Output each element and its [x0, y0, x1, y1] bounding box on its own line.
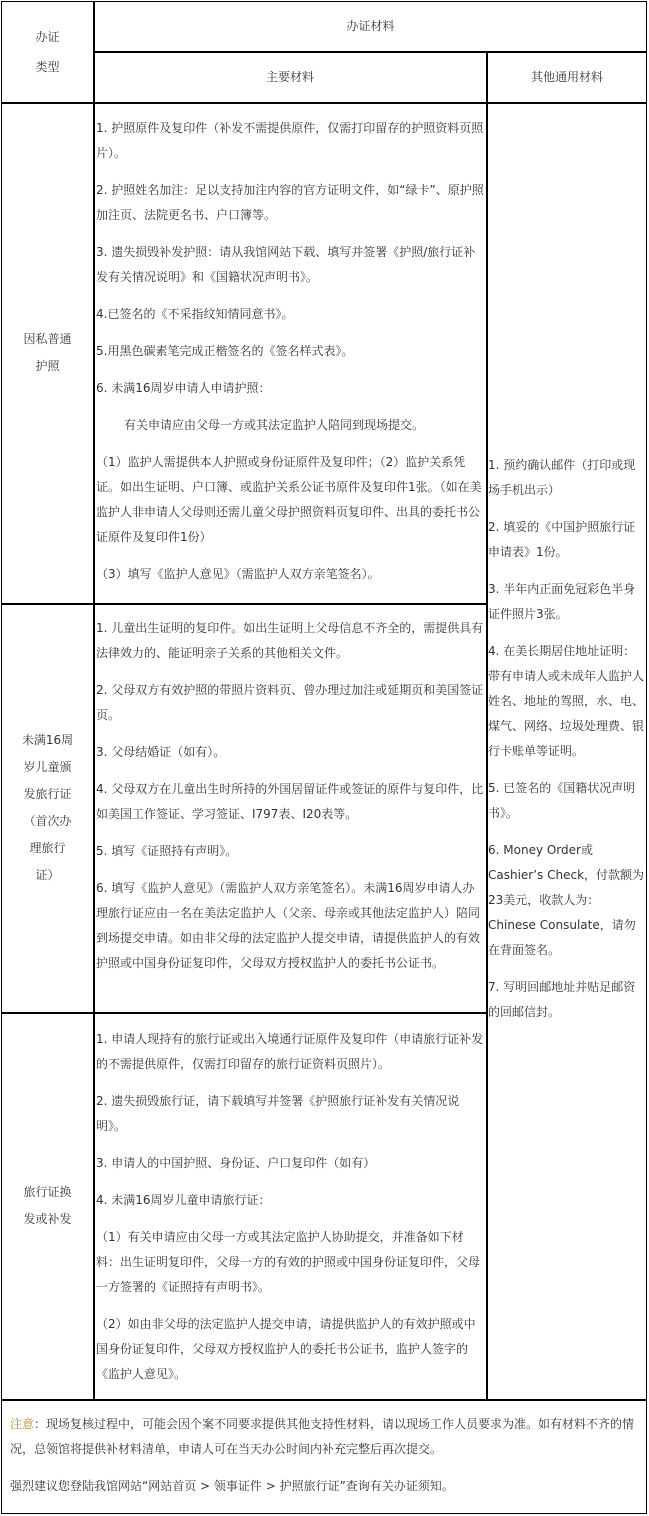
type-cell-child-travel-doc: 未满16周 岁儿童颁 发旅行证 （首次办 理旅行 证）	[1, 604, 94, 1012]
recommend-paragraph: 强烈建议您登陆我馆网站“网站首页 > 领事证件 > 护照旅行证”查询有关办证须知…	[10, 1474, 640, 1499]
list-item: （1）有关申请应由父母一方或其法定监护人协助提交，并准备如下材料：出生证明复印件…	[96, 1225, 484, 1300]
list-item: （2）如由非父母的法定监护人提交申请，请提供监护人的有效护照或中国身份证复印件，…	[96, 1312, 484, 1387]
header-main-materials: 主要材料	[266, 64, 314, 90]
type-label-line: 发或补发	[23, 1206, 71, 1233]
list-item: 4. 在美长期居住地址证明：带有申请人或未成年人监护人姓名、地址的驾照，水、电、…	[488, 639, 645, 764]
divider	[1, 1399, 647, 1401]
notes-cell: 注意：现场复核过程中，可能会因个案不同要求提供其他支持性材料，请以现场工作人员要…	[10, 1412, 640, 1499]
list-item: 4. 未满16周岁儿童申请旅行证：	[96, 1188, 484, 1213]
type-cell-travel-doc-replacement: 旅行证换 发或补发	[1, 1013, 94, 1399]
list-item: 3. 半年内正面免冠彩色半身证件照片3张。	[488, 577, 645, 627]
list-item: 1. 儿童出生证明的复印件。如出生证明上父母信息不齐全的，需提供具有法律效力的、…	[96, 616, 484, 666]
list-item: 1. 申请人现持有的旅行证或出入境通行证原件及复印件（申请旅行证补发的不需提供原…	[96, 1027, 484, 1077]
type-label-line: 岁儿童颁	[23, 754, 71, 781]
list-item: 6. 未满16周岁申请人申请护照：	[96, 376, 484, 401]
main-materials-passport: 1. 护照原件及复印件（补发不需提供原件，仅需打印留存的护照资料页照片）。 2.…	[96, 116, 484, 587]
header-other-materials: 其他通用材料	[531, 64, 603, 90]
list-item: 3. 遗失损毁补发护照：请从我馆网站下载、填写并签署《护照/旅行证补发有关情况说…	[96, 240, 484, 290]
type-label-line: 发旅行证	[23, 781, 71, 808]
list-item: 5.用黑色碳素笔完成正楷签名的《签名样式表》。	[96, 339, 484, 364]
divider	[1, 102, 647, 104]
header-type-line-2: 类型	[35, 52, 59, 82]
type-label-line: 理旅行	[29, 835, 65, 862]
list-item: 7. 写明回邮地址并贴足邮资的回邮信封。	[488, 975, 645, 1025]
list-item: （3）填写《监护人意见》（需监护人双方亲笔签名）。	[96, 562, 484, 587]
type-label-line: 护照	[35, 353, 59, 380]
list-item: 4. 父母双方在儿童出生时所持的外国居留证件或签证的原件与复印件，比如美国工作签…	[96, 777, 484, 827]
note-text: ：现场复核过程中，可能会因个案不同要求提供其他支持性材料，请以现场工作人员要求为…	[10, 1417, 634, 1456]
list-item: 6. 填写《监护人意见》（需监护人双方亲笔签名）。未满16周岁申请人办理旅行证应…	[96, 876, 484, 976]
list-item: 6. Money Order或Cashier’s Check，付款额为23美元，…	[488, 838, 645, 963]
list-item: 5. 填写《证照持有声明》。	[96, 839, 484, 864]
type-label-line: 旅行证换	[23, 1179, 71, 1206]
list-item: 2. 父母双方有效护照的带照片资料页、曾办理过加注或延期页和美国签证页。	[96, 678, 484, 728]
header-other-cell: 其他通用材料	[487, 52, 647, 102]
type-label-line: （首次办	[23, 808, 71, 835]
note-label: 注意	[10, 1417, 34, 1431]
type-label-line: 证）	[35, 862, 59, 889]
header-type-line-1: 办证	[35, 22, 59, 52]
list-item: 有关申请应由父母一方或其法定监护人陪同到现场提交。	[96, 413, 484, 438]
list-item: 4.已签名的《不采指纹知情同意书》。	[96, 302, 484, 327]
list-item: 2. 填妥的《中国护照旅行证申请表》1份。	[488, 515, 645, 565]
list-item: 3. 申请人的中国护照、身份证、户口复印件（如有）	[96, 1151, 484, 1176]
header-materials-cell: 办证材料	[94, 1, 647, 51]
main-materials-child-travel-doc: 1. 儿童出生证明的复印件。如出生证明上父母信息不齐全的，需提供具有法律效力的、…	[96, 616, 484, 976]
header-main-cell: 主要材料	[94, 52, 486, 102]
list-item: 1. 预约确认邮件（打印或现场手机出示）	[488, 453, 645, 503]
header-type-cell: 办证 类型	[1, 1, 94, 102]
other-materials-cell: 1. 预约确认邮件（打印或现场手机出示） 2. 填妥的《中国护照旅行证申请表》1…	[488, 453, 645, 1025]
header-materials: 办证材料	[346, 13, 394, 39]
list-item: 5. 已签名的《国籍状况声明书》。	[488, 776, 645, 826]
type-label-line: 因私普通	[23, 326, 71, 353]
type-cell-passport: 因私普通 护照	[1, 103, 94, 603]
list-item: 3. 父母结婚证（如有）。	[96, 740, 484, 765]
list-item: （1）监护人需提供本人护照或身份证原件及复印件；（2）监护关系凭证。如出生证明、…	[96, 450, 484, 550]
list-item: 2. 遗失损毁旅行证，请下载填写并签署《护照旅行证补发有关情况说明》。	[96, 1089, 484, 1139]
note-paragraph: 注意：现场复核过程中，可能会因个案不同要求提供其他支持性材料，请以现场工作人员要…	[10, 1412, 640, 1462]
list-item: 1. 护照原件及复印件（补发不需提供原件，仅需打印留存的护照资料页照片）。	[96, 116, 484, 166]
main-materials-travel-doc-replacement: 1. 申请人现持有的旅行证或出入境通行证原件及复印件（申请旅行证补发的不需提供原…	[96, 1027, 484, 1387]
list-item: 2. 护照姓名加注：足以支持加注内容的官方证明文件，如“绿卡”、原护照加注页、法…	[96, 178, 484, 228]
type-label-line: 未满16周	[22, 727, 73, 754]
